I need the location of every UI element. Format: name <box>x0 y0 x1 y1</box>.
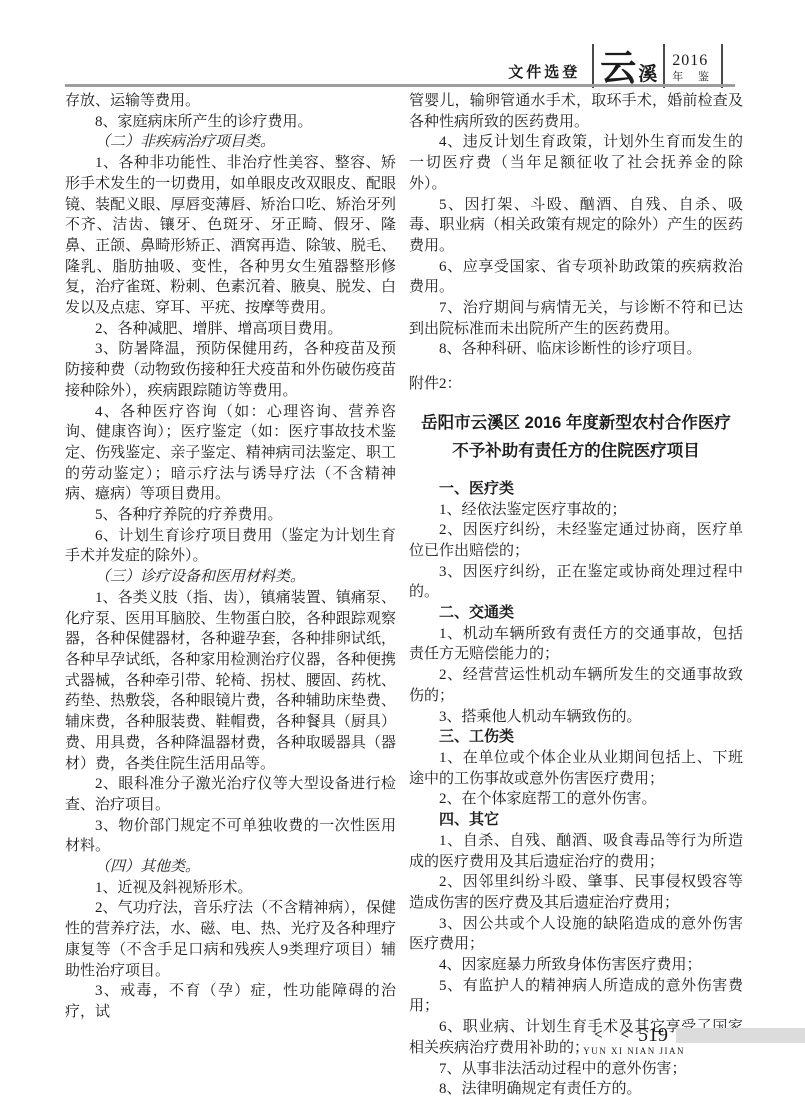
page-marker: < < <box>594 1026 636 1044</box>
paragraph: 2、在个体家庭帮工的意外伤害。 <box>409 789 743 810</box>
paragraph: 2、眼科准分子激光治疗仪等大型设备进行检查、治疗项目。 <box>65 774 396 815</box>
paragraph: 一、医疗类 <box>409 479 743 500</box>
footer-romanized: YUN XI NIAN JIAN <box>0 1045 805 1058</box>
paragraph: 三、工伤类 <box>409 727 743 748</box>
paragraph: 二、交通类 <box>409 603 743 624</box>
page-header: 文件选登 云 溪 2016 年 鉴 <box>508 42 723 88</box>
logo-small-char: 溪 <box>638 64 657 86</box>
paragraph: 5、因打架、斗殴、酗酒、自残、自杀、吸毒、职业病（相关政策有规定的除外）产生的医… <box>409 195 743 257</box>
paragraph: 4、各种医疗咨询（如：心理咨询、营养咨询、健康咨询）；医疗鉴定（如：医疗事故技术… <box>65 402 396 506</box>
paragraph: 四、其它 <box>409 810 743 831</box>
paragraph: 5、各种疗养院的疗养费用。 <box>65 505 396 526</box>
header-rule <box>65 84 735 87</box>
paragraph: 2、各种减肥、增胖、增高项目费用。 <box>65 319 396 340</box>
paragraph: 存放、运输等费用。 <box>65 91 396 112</box>
page-number: 519 <box>638 1026 668 1044</box>
year-label: 年 鉴 <box>672 70 715 85</box>
paragraph: （二）非疾病治疗项目类。 <box>65 132 396 153</box>
paragraph: 7、从事非法活动过程中的意外伤害； <box>409 1059 743 1080</box>
left-column: 存放、运输等费用。8、家庭病床所产生的诊疗费用。（二）非疾病治疗项目类。1、各种… <box>65 91 396 1023</box>
paragraph: 8、各种科研、临床诊断性的诊疗项目。 <box>409 339 743 360</box>
year-number: 2016 <box>672 52 715 70</box>
paragraph: 附件2： <box>409 374 743 395</box>
footer-bar <box>676 1028 805 1043</box>
paragraph: 岳阳市云溪区 2016 年度新型农村合作医疗 <box>409 409 743 437</box>
paragraph: 1、各类义肢（指、齿），镇痛装置、镇痛泵、化疗泵、医用耳脑胶、生物蛋白胶，各种跟… <box>65 588 396 774</box>
paragraph: 4、因家庭暴力所致身体伤害医疗费用； <box>409 955 743 976</box>
paragraph: 8、家庭病床所产生的诊疗费用。 <box>65 112 396 133</box>
paragraph: 管婴儿，输卵管通水手术，取环手术，婚前检查及各种性病所致的医药费用。 <box>409 91 743 132</box>
paragraph: 不予补助有责任方的住院医疗项目 <box>409 437 743 465</box>
paragraph: （四）其他类。 <box>65 857 396 878</box>
paragraph: 6、计划生育诊疗项目费用（鉴定为计划生育手术并发症的除外）。 <box>65 526 396 567</box>
paragraph: 1、各种非功能性、非治疗性美容、整容、矫形手术发生的一切费用，如单眼皮改双眼皮、… <box>65 153 396 319</box>
paragraph: 3、搭乘他人机动车辆致伤的。 <box>409 707 743 728</box>
paragraph: 1、经依法鉴定医疗事故的； <box>409 500 743 521</box>
paragraph: 2、气功疗法，音乐疗法（不含精神病），保健性的营养疗法，水、磁、电、热、光疗及各… <box>65 898 396 981</box>
paragraph: 3、因医疗纠纷，正在鉴定或协商处理过程中的。 <box>409 562 743 603</box>
year-block: 2016 年 鉴 <box>665 52 721 88</box>
paragraph: 5、有监护人的精神病人所造成的意外伤害费用； <box>409 976 743 1017</box>
paragraph: 6、应享受国家、省专项补助政策的疾病救治费用。 <box>409 257 743 298</box>
paragraph: 1、自杀、自残、酗酒、吸食毒品等行为所造成的医疗费用及其后遗症治疗的费用； <box>409 831 743 872</box>
paragraph: 2、因邻里纠纷斗殴、肇事、民事侵权毁容等造成伤害的医疗费及其后遗症治疗费用； <box>409 872 743 913</box>
right-column: 管婴儿，输卵管通水手术，取环手术，婚前检查及各种性病所致的医药费用。4、违反计划… <box>409 91 743 1099</box>
yearbook-logo: 云 溪 <box>594 50 663 88</box>
paragraph: 3、防暑降温，预防保健用药，各种疫苗及预防接种费（动物致伤接种狂犬疫苗和外伤破伤… <box>65 339 396 401</box>
paragraph: 1、在单位或个体企业从业期间包括上、下班途中的工伤事故或意外伤害医疗费用； <box>409 748 743 789</box>
paragraph: 2、经营营运性机动车辆所发生的交通事故致伤的； <box>409 665 743 706</box>
paragraph: 2、因医疗纠纷，未经鉴定通过协商，医疗单位已作出赔偿的； <box>409 520 743 561</box>
paragraph: 4、违反计划生育政策，计划外生育而发生的一切医疗费（当年足额征收了社会抚养金的除… <box>409 132 743 194</box>
header-divider <box>721 44 723 88</box>
paragraph: 3、因公共或个人设施的缺陷造成的意外伤害医疗费用； <box>409 914 743 955</box>
paragraph: 7、治疗期间与病情无关，与诊断不符和已达到出院标准而未出院所产生的医药费用。 <box>409 298 743 339</box>
paragraph: 8、法律明确规定有责任方的。 <box>409 1079 743 1099</box>
paragraph: 1、近视及斜视矫形术。 <box>65 878 396 899</box>
logo-large-char: 云 <box>600 50 636 86</box>
paragraph: 1、机动车辆所致有责任方的交通事故，包括责任方无赔偿能力的； <box>409 624 743 665</box>
paragraph: （三）诊疗设备和医用材料类。 <box>65 567 396 588</box>
page-footer: < < 519 YUN XI NIAN JIAN <box>0 1026 805 1058</box>
paragraph: 3、物价部门规定不可单独收费的一次性医用材料。 <box>65 816 396 857</box>
paragraph: 3、戒毒，不育（孕）症，性功能障碍的治疗，试 <box>65 981 396 1022</box>
footer-row: < < 519 <box>0 1026 805 1044</box>
page-container: 文件选登 云 溪 2016 年 鉴 存放、运输等费用。8、家庭病床所产生的诊疗费… <box>0 0 805 1099</box>
